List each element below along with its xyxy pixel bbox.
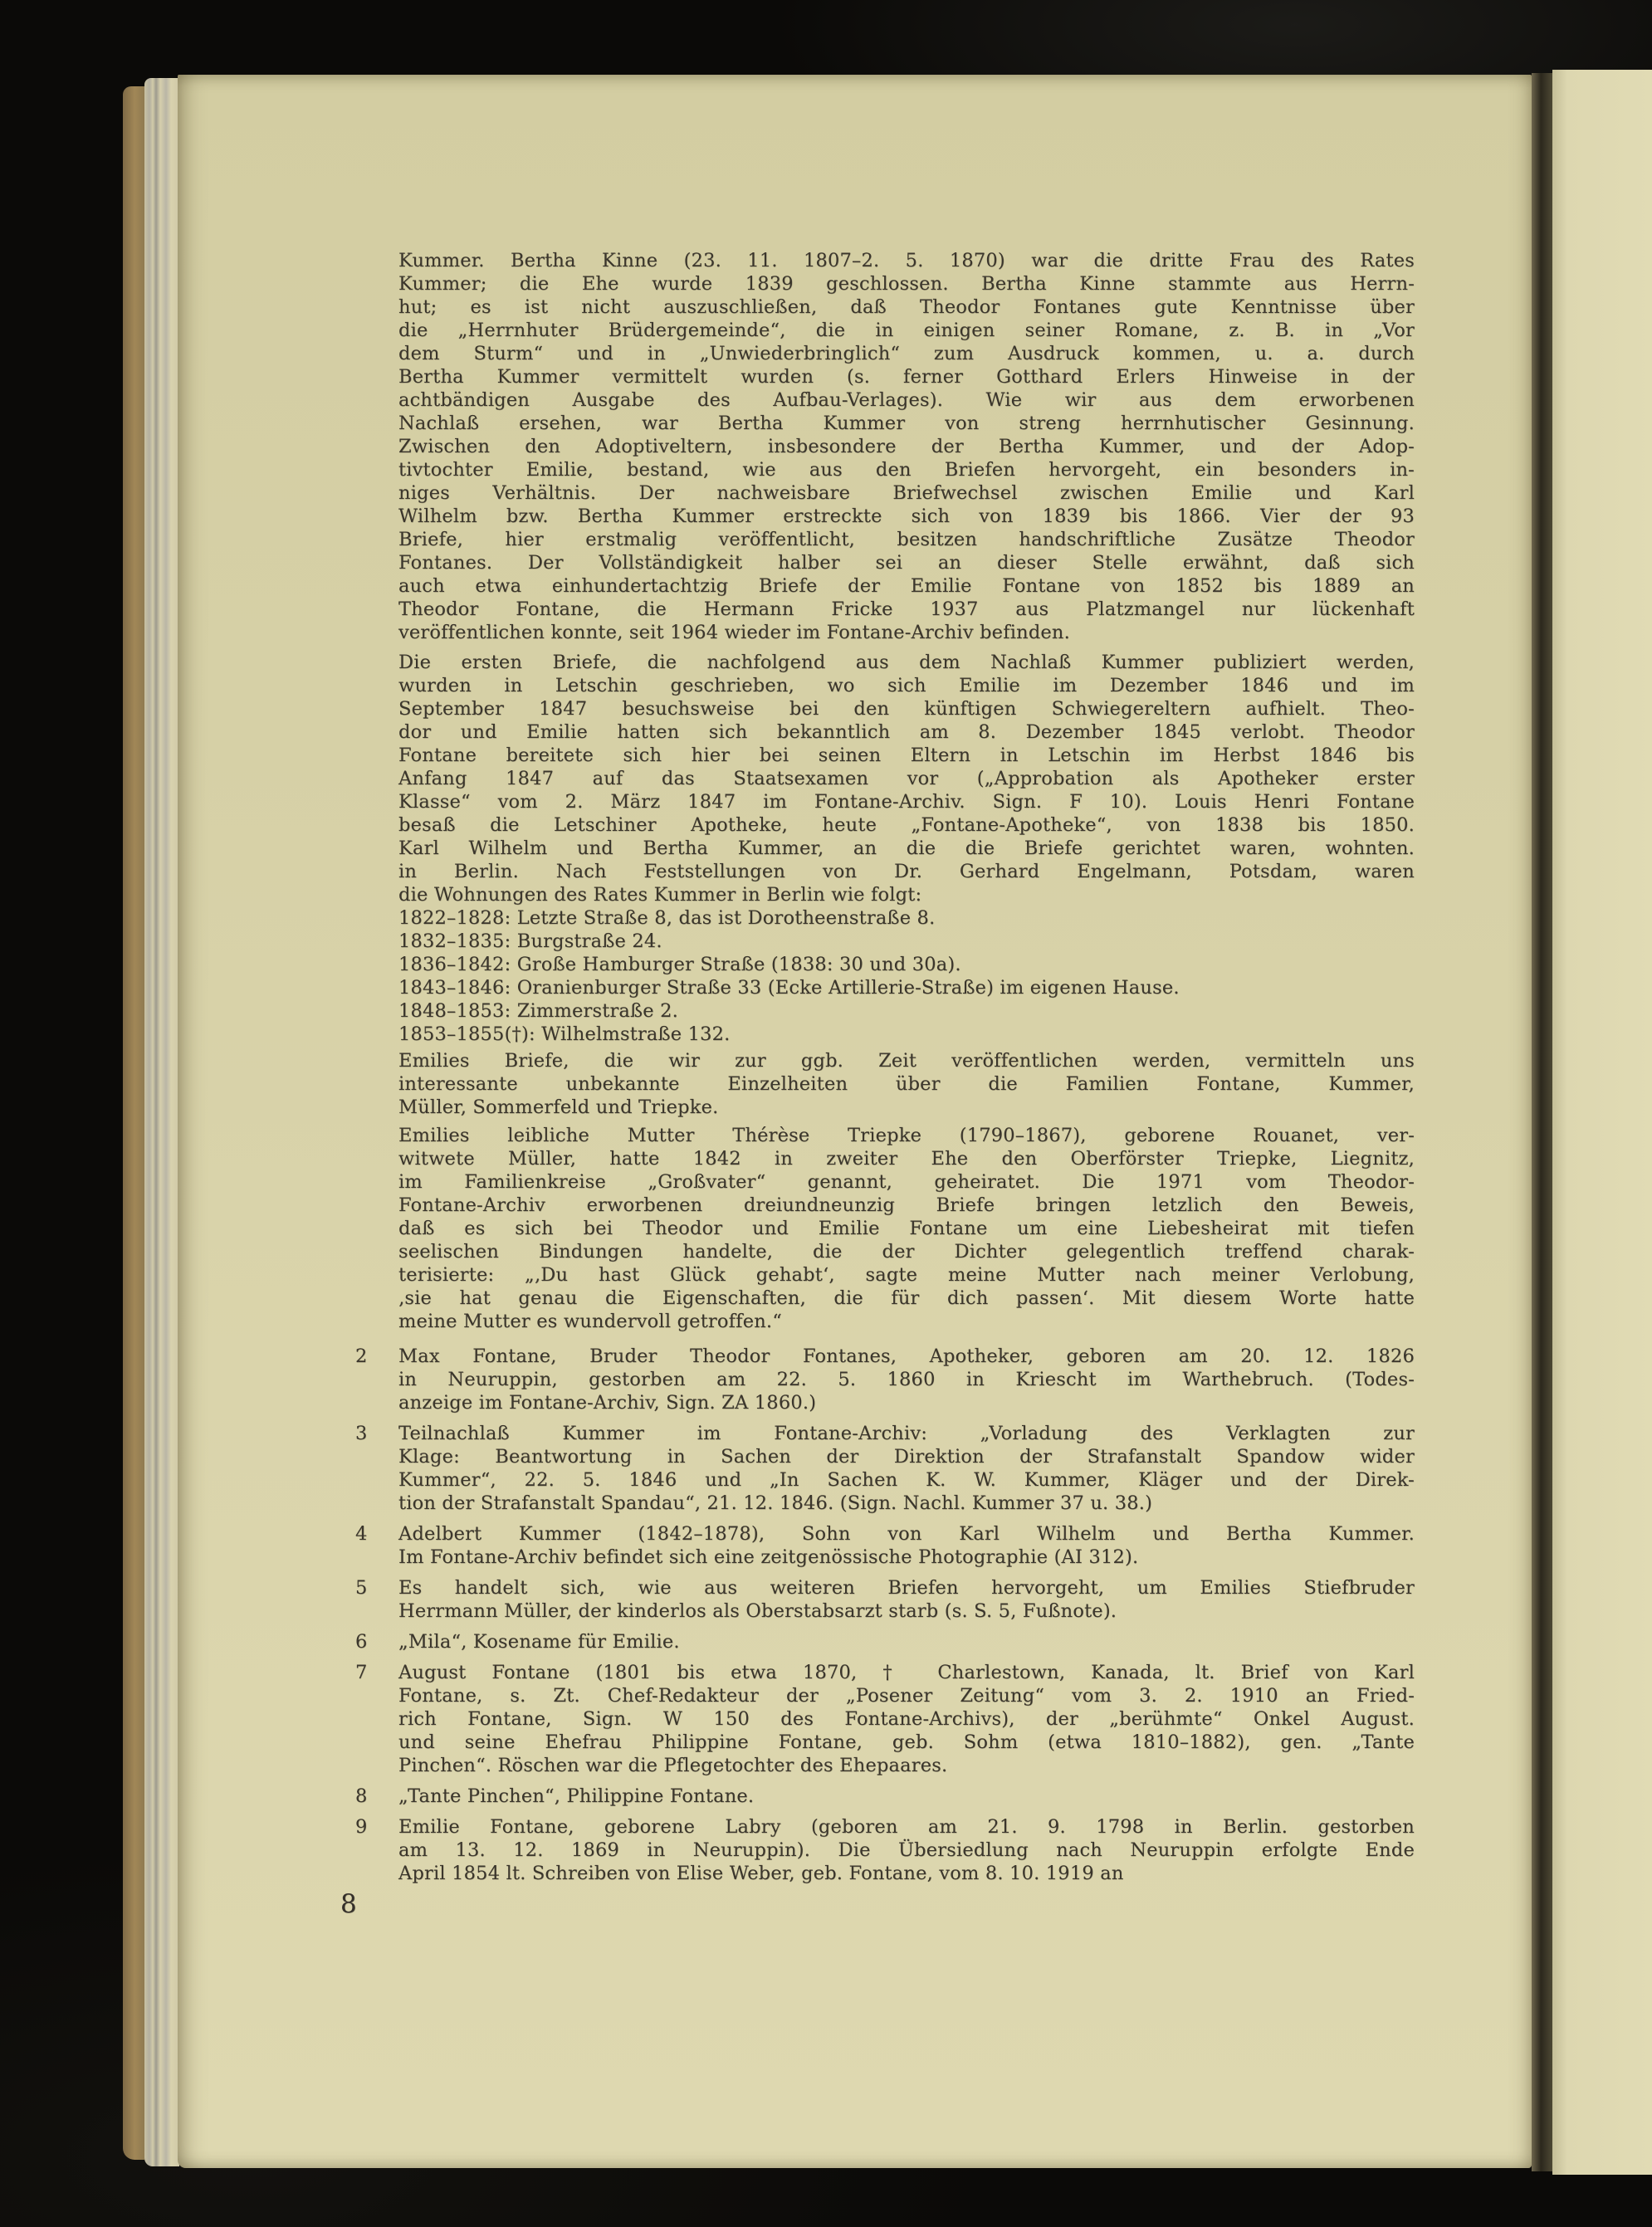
text-line: meine Mutter es wundervoll getroffen.“ (398, 1310, 1415, 1333)
footnote: 2Max Fontane, Bruder Theodor Fontanes, A… (398, 1345, 1415, 1414)
text-line: Teilnachlaß Kummer im Fontane-Archiv: „V… (398, 1422, 1415, 1445)
text-line: Fontanes. Der Vollständigkeit halber sei… (398, 551, 1415, 574)
footnote: 8„Tante Pinchen“, Philippine Fontane. (398, 1785, 1415, 1808)
footnote: 4Adelbert Kummer (1842–1878), Sohn von K… (398, 1522, 1415, 1569)
text-line: wurden in Letschin geschrieben, wo sich … (398, 674, 1415, 697)
page-number: 8 (340, 1889, 357, 1919)
paragraph: Emilies leibliche Mutter Thérèse Triepke… (398, 1124, 1415, 1333)
text-line: Müller, Sommerfeld und Triepke. (398, 1096, 1415, 1119)
text-line: Die ersten Briefe, die nachfolgend aus d… (398, 651, 1415, 674)
text-line: Fontane bereitete sich hier bei seinen E… (398, 744, 1415, 767)
text-line: Adelbert Kummer (1842–1878), Sohn von Ka… (398, 1522, 1415, 1546)
text-line: veröffentlichen konnte, seit 1964 wieder… (398, 621, 1415, 644)
footnote-number: 5 (355, 1576, 385, 1599)
footnote-number: 2 (355, 1345, 385, 1368)
text-line: 1853–1855(†): Wilhelmstraße 132. (398, 1023, 1415, 1046)
footnote-number: 4 (355, 1522, 385, 1546)
text-line: Kummer. Bertha Kinne (23. 11. 1807–2. 5.… (398, 249, 1415, 272)
text-line: Kummer“, 22. 5. 1846 und „In Sachen K. W… (398, 1468, 1415, 1492)
text-line: 1836–1842: Große Hamburger Straße (1838:… (398, 953, 1415, 976)
text-line: „Mila“, Kosename für Emilie. (398, 1630, 1415, 1653)
text-line: Bertha Kummer vermittelt wurden (s. fern… (398, 365, 1415, 388)
paragraph: Emilies Briefe, die wir zur ggb. Zeit ve… (398, 1049, 1415, 1119)
text-line: Klage: Beantwortung in Sachen der Direkt… (398, 1445, 1415, 1468)
text-line: die Wohnungen des Rates Kummer in Berlin… (398, 883, 1415, 906)
footnote: 9Emilie Fontane, geborene Labry (geboren… (398, 1815, 1415, 1885)
footnote: 3Teilnachlaß Kummer im Fontane-Archiv: „… (398, 1422, 1415, 1515)
text-line: 1848–1853: Zimmerstraße 2. (398, 999, 1415, 1023)
footnote-number: 6 (355, 1630, 385, 1653)
text-line: Emilies leibliche Mutter Thérèse Triepke… (398, 1124, 1415, 1147)
text-line: Karl Wilhelm und Bertha Kummer, an die d… (398, 837, 1415, 860)
text-line: Emilie Fontane, geborene Labry (geboren … (398, 1815, 1415, 1839)
text-line: 1843–1846: Oranienburger Straße 33 (Ecke… (398, 976, 1415, 999)
text-line: niges Verhältnis. Der nachweisbare Brief… (398, 481, 1415, 505)
text-line: Theodor Fontane, die Hermann Fricke 1937… (398, 598, 1415, 621)
text-line: Herrmann Müller, der kinderlos als Obers… (398, 1599, 1415, 1623)
text-line: Fontane-Archiv erworbenen dreiundneunzig… (398, 1194, 1415, 1217)
text-line: hut; es ist nicht auszuschließen, daß Th… (398, 295, 1415, 319)
text-line: in Berlin. Nach Feststellungen von Dr. G… (398, 860, 1415, 883)
paragraph: Die ersten Briefe, die nachfolgend aus d… (398, 651, 1415, 906)
text-line: dem Sturm“ und in „Unwiederbringlich“ zu… (398, 342, 1415, 365)
paragraph: Kummer. Bertha Kinne (23. 11. 1807–2. 5.… (398, 249, 1415, 644)
text-line: im Familienkreise „Großvater“ genannt, g… (398, 1170, 1415, 1194)
text-column: Kummer. Bertha Kinne (23. 11. 1807–2. 5.… (398, 249, 1415, 1885)
text-line: rich Fontane, Sign. W 150 des Fontane-Ar… (398, 1707, 1415, 1731)
text-line: Briefe, hier erstmalig veröffentlicht, b… (398, 528, 1415, 551)
footnote: 7August Fontane (1801 bis etwa 1870, † C… (398, 1661, 1415, 1777)
text-line: terisierte: „‚Du hast Glück gehabt‘, sag… (398, 1263, 1415, 1287)
page-edge-stack (144, 78, 179, 2166)
text-line: August Fontane (1801 bis etwa 1870, † Ch… (398, 1661, 1415, 1684)
text-line: 1832–1835: Burgstraße 24. (398, 930, 1415, 953)
text-line: Es handelt sich, wie aus weiteren Briefe… (398, 1576, 1415, 1599)
text-line: witwete Müller, hatte 1842 in zweiter Eh… (398, 1147, 1415, 1170)
text-line: am 13. 12. 1869 in Neuruppin). Die Übers… (398, 1839, 1415, 1862)
text-line: die „Herrnhuter Brüdergemeinde“, die in … (398, 319, 1415, 342)
footnote-number: 9 (355, 1815, 385, 1839)
text-line: Anfang 1847 auf das Staatsexamen vor („A… (398, 767, 1415, 790)
text-line: April 1854 lt. Schreiben von Elise Weber… (398, 1862, 1415, 1885)
text-line: und seine Ehefrau Philippine Fontane, ge… (398, 1731, 1415, 1754)
text-line: tion der Strafanstalt Spandau“, 21. 12. … (398, 1492, 1415, 1515)
text-line: ‚sie hat genau die Eigenschaften, die fü… (398, 1287, 1415, 1310)
text-line: „Tante Pinchen“, Philippine Fontane. (398, 1785, 1415, 1808)
text-line: auch etwa einhundertachtzig Briefe der E… (398, 574, 1415, 598)
text-line: anzeige im Fontane-Archiv, Sign. ZA 1860… (398, 1391, 1415, 1414)
text-line: Im Fontane-Archiv befindet sich eine zei… (398, 1546, 1415, 1569)
text-line: tivtochter Emilie, bestand, wie aus den … (398, 458, 1415, 481)
text-line: Max Fontane, Bruder Theodor Fontanes, Ap… (398, 1345, 1415, 1368)
book-board-edge (123, 86, 144, 2160)
footnote: 5Es handelt sich, wie aus weiteren Brief… (398, 1576, 1415, 1623)
text-line: Pinchen“. Röschen war die Pflegetochter … (398, 1754, 1415, 1777)
next-page-fore-edge (1552, 70, 1652, 2175)
text-line: Zwischen den Adoptiveltern, insbesondere… (398, 435, 1415, 458)
footnote-number: 7 (355, 1661, 385, 1684)
text-line: 1822–1828: Letzte Straße 8, das ist Doro… (398, 906, 1415, 930)
text-line: daß es sich bei Theodor und Emilie Fonta… (398, 1217, 1415, 1240)
text-line: in Neuruppin, gestorben am 22. 5. 1860 i… (398, 1368, 1415, 1391)
text-line: achtbändigen Ausgabe des Aufbau-Verlages… (398, 388, 1415, 412)
footnote-number: 3 (355, 1422, 385, 1445)
footnote: 6„Mila“, Kosename für Emilie. (398, 1630, 1415, 1653)
text-line: seelischen Bindungen handelte, die der D… (398, 1240, 1415, 1263)
address-list: 1822–1828: Letzte Straße 8, das ist Doro… (398, 906, 1415, 1046)
text-line: September 1847 besuchsweise bei den künf… (398, 697, 1415, 720)
text-line: Wilhelm bzw. Bertha Kummer erstreckte si… (398, 505, 1415, 528)
text-line: Kummer; die Ehe wurde 1839 geschlossen. … (398, 272, 1415, 295)
text-line: Nachlaß ersehen, war Bertha Kummer von s… (398, 412, 1415, 435)
text-line: dor und Emilie hatten sich bekanntlich a… (398, 720, 1415, 744)
footnote-number: 8 (355, 1785, 385, 1808)
text-line: Klasse“ vom 2. März 1847 im Fontane-Arch… (398, 790, 1415, 813)
text-line: besaß die Letschiner Apotheke, heute „Fo… (398, 813, 1415, 837)
text-line: Fontane, s. Zt. Chef-Redakteur der „Pose… (398, 1684, 1415, 1707)
text-line: interessante unbekannte Einzelheiten übe… (398, 1072, 1415, 1096)
text-line: Emilies Briefe, die wir zur ggb. Zeit ve… (398, 1049, 1415, 1072)
page-gutter-shadow (1532, 73, 1552, 2171)
